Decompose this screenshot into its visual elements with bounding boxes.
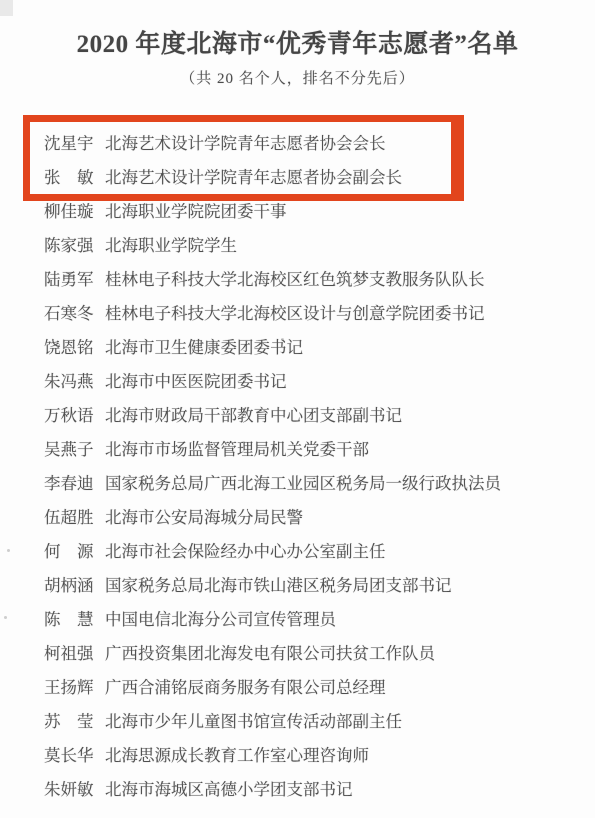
- list-item: 胡柄涵国家税务总局北海市铁山港区税务局团支部书记: [0, 567, 595, 601]
- volunteer-name: 何 源: [44, 538, 105, 562]
- volunteer-title: 广西合浦铭辰商务服务有限公司总经理: [105, 674, 386, 698]
- volunteer-name: 张 敏: [44, 164, 105, 188]
- volunteer-title: 北海市财政局干部教育中心团支部副书记: [105, 402, 402, 426]
- volunteer-name: 陈家强: [44, 232, 105, 256]
- volunteer-name: 王扬辉: [44, 674, 105, 698]
- document-page: 2020 年度北海市“优秀青年志愿者”名单 （共 20 名个人，排名不分先后） …: [0, 0, 595, 818]
- page-title: 2020 年度北海市“优秀青年志愿者”名单: [0, 24, 595, 60]
- volunteer-title: 国家税务总局北海市铁山港区税务局团支部书记: [105, 572, 452, 596]
- volunteer-title: 北海职业学院院团委干事: [105, 198, 287, 222]
- volunteer-title: 北海市少年儿童图书馆宣传活动部副主任: [105, 708, 402, 732]
- list-item: 柳佳璇北海职业学院院团委干事: [0, 193, 595, 227]
- volunteer-title: 北海艺术设计学院青年志愿者协会会长: [105, 130, 386, 154]
- volunteer-name: 柳佳璇: [44, 198, 105, 222]
- volunteer-name: 沈星宇: [44, 130, 105, 154]
- list-item: 石寒冬桂林电子科技大学北海校区设计与创意学院团委书记: [0, 295, 595, 329]
- list-item: 王扬辉广西合浦铭辰商务服务有限公司总经理: [0, 669, 595, 703]
- volunteer-name: 莫长华: [44, 742, 105, 766]
- volunteer-name: 李春迪: [44, 470, 105, 494]
- volunteer-title: 北海职业学院学生: [105, 232, 237, 256]
- list-item: 伍超胜北海市公安局海城分局民警: [0, 499, 595, 533]
- volunteer-name: 柯祖强: [44, 640, 105, 664]
- list-item: 何 源北海市社会保险经办中心办公室副主任: [0, 533, 595, 567]
- list-item: 陈家强北海职业学院学生: [0, 227, 595, 261]
- volunteer-title: 桂林电子科技大学北海校区红色筑梦支教服务队队长: [105, 266, 485, 290]
- volunteer-title: 北海市卫生健康委团委书记: [105, 334, 303, 358]
- volunteer-title: 国家税务总局广西北海工业园区税务局一级行政执法员: [105, 470, 501, 494]
- volunteer-list: 沈星宇北海艺术设计学院青年志愿者协会会长张 敏北海艺术设计学院青年志愿者协会副会…: [0, 125, 595, 805]
- list-item: 张 敏北海艺术设计学院青年志愿者协会副会长: [0, 159, 595, 193]
- list-item: 陈 慧中国电信北海分公司宣传管理员: [0, 601, 595, 635]
- volunteer-title: 北海市市场监督管理局机关党委干部: [105, 436, 369, 460]
- volunteer-name: 万秋语: [44, 402, 105, 426]
- volunteer-name: 苏 莹: [44, 708, 105, 732]
- list-item: 饶恩铭北海市卫生健康委团委书记: [0, 329, 595, 363]
- list-item: 朱冯燕北海市中医医院团委书记: [0, 363, 595, 397]
- volunteer-title: 北海思源成长教育工作室心理咨询师: [105, 742, 369, 766]
- volunteer-name: 胡柄涵: [44, 572, 105, 596]
- volunteer-title: 北海市海城区高德小学团支部书记: [105, 776, 353, 800]
- volunteer-name: 朱冯燕: [44, 368, 105, 392]
- list-item: 莫长华北海思源成长教育工作室心理咨询师: [0, 737, 595, 771]
- volunteer-title: 中国电信北海分公司宣传管理员: [105, 606, 336, 630]
- list-item: 万秋语北海市财政局干部教育中心团支部副书记: [0, 397, 595, 431]
- list-item: 朱妍敏北海市海城区高德小学团支部书记: [0, 771, 595, 805]
- volunteer-title: 北海市公安局海城分局民警: [105, 504, 303, 528]
- list-item: 沈星宇北海艺术设计学院青年志愿者协会会长: [0, 125, 595, 159]
- volunteer-name: 吴燕子: [44, 436, 105, 460]
- list-item: 苏 莹北海市少年儿童图书馆宣传活动部副主任: [0, 703, 595, 737]
- volunteer-name: 陈 慧: [44, 606, 105, 630]
- list-item: 李春迪国家税务总局广西北海工业园区税务局一级行政执法员: [0, 465, 595, 499]
- volunteer-title: 广西投资集团北海发电有限公司扶贫工作队员: [105, 640, 435, 664]
- volunteer-name: 朱妍敏: [44, 776, 105, 800]
- list-item: 陆勇军桂林电子科技大学北海校区红色筑梦支教服务队队长: [0, 261, 595, 295]
- page-subtitle: （共 20 名个人，排名不分先后）: [0, 67, 595, 88]
- volunteer-title: 北海艺术设计学院青年志愿者协会副会长: [105, 164, 402, 188]
- volunteer-title: 北海市社会保险经办中心办公室副主任: [105, 538, 386, 562]
- list-item: 柯祖强广西投资集团北海发电有限公司扶贫工作队员: [0, 635, 595, 669]
- volunteer-name: 饶恩铭: [44, 334, 105, 358]
- list-item: 吴燕子北海市市场监督管理局机关党委干部: [0, 431, 595, 465]
- volunteer-title: 北海市中医医院团委书记: [105, 368, 287, 392]
- volunteer-name: 石寒冬: [44, 300, 105, 324]
- volunteer-name: 陆勇军: [44, 266, 105, 290]
- volunteer-name: 伍超胜: [44, 504, 105, 528]
- volunteer-title: 桂林电子科技大学北海校区设计与创意学院团委书记: [105, 300, 485, 324]
- scan-artifact: [0, 0, 13, 16]
